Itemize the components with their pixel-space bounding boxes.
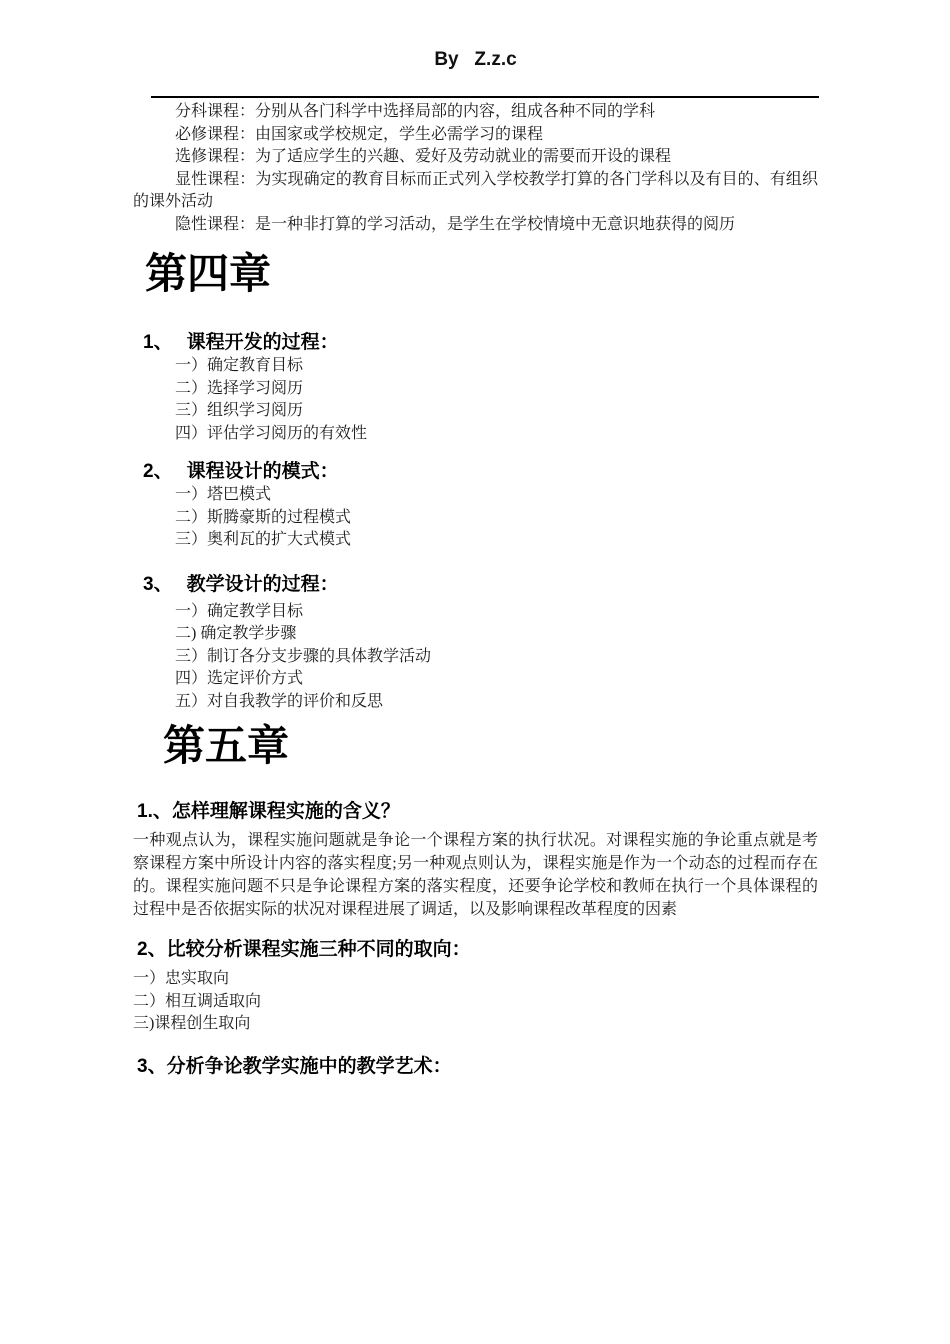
- section-heading: 3、教学设计的过程：: [143, 573, 818, 597]
- section-number: 3、: [143, 574, 173, 595]
- definition-paragraph: 显性课程：为实现确定的教育目标而正式列入学校教学打算的各门学科以及有目的、有组织…: [133, 169, 818, 214]
- list-item: 二) 确定教学步骤: [175, 623, 818, 646]
- question-list: 一）忠实取向 二）相互调适取向 三)课程创生取向: [133, 968, 818, 1036]
- list-item: 一）塔巴模式: [175, 484, 818, 507]
- section-list: 一）确定教育目标 二）选择学习阅历 三）组织学习阅历 四）评估学习阅历的有效性: [175, 355, 818, 445]
- list-item: 三)课程创生取向: [133, 1013, 818, 1036]
- section-heading: 2、课程设计的模式：: [143, 460, 818, 484]
- chapter-five-title: 第五章: [163, 725, 818, 767]
- chapter-four-title: 第四章: [145, 253, 818, 295]
- section-title: 课程开发的过程：: [187, 332, 339, 353]
- section-number: 2、: [143, 461, 173, 482]
- question-heading: 1.、怎样理解课程实施的含义？: [137, 800, 818, 824]
- list-item: 五）对自我教学的评价和反思: [175, 691, 818, 714]
- definition-paragraph: 分科课程：分别从各门科学中选择局部的内容，组成各种不同的学科: [133, 101, 818, 124]
- list-item: 一）忠实取向: [133, 968, 818, 991]
- definitions-block: 分科课程：分别从各门科学中选择局部的内容，组成各种不同的学科 必修课程：由国家或…: [133, 101, 818, 236]
- list-item: 二）相互调适取向: [133, 991, 818, 1014]
- section-heading: 1、课程开发的过程：: [143, 331, 818, 355]
- definition-paragraph: 隐性课程：是一种非打算的学习活动，是学生在学校情境中无意识地获得的阅历: [133, 214, 818, 237]
- list-item: 二）斯腾豪斯的过程模式: [175, 507, 818, 530]
- answer-paragraph: 一种观点认为，课程实施问题就是争论一个课程方案的执行状况。对课程实施的争论重点就…: [133, 829, 818, 921]
- document-page: By Z.z.c 分科课程：分别从各门科学中选择局部的内容，组成各种不同的学科 …: [133, 48, 818, 1079]
- list-item: 二）选择学习阅历: [175, 378, 818, 401]
- section-number: 1、: [143, 332, 173, 353]
- list-item: 一）确定教学目标: [175, 601, 818, 624]
- header-rule: [151, 96, 819, 98]
- list-item: 四）选定评价方式: [175, 668, 818, 691]
- list-item: 三）制订各分支步骤的具体教学活动: [175, 646, 818, 669]
- list-item: 三）奥利瓦的扩大式模式: [175, 529, 818, 552]
- definition-paragraph: 必修课程：由国家或学校规定，学生必需学习的课程: [133, 124, 818, 147]
- section-title: 课程设计的模式：: [187, 461, 339, 482]
- section-list: 一）塔巴模式 二）斯腾豪斯的过程模式 三）奥利瓦的扩大式模式: [175, 484, 818, 552]
- list-item: 一）确定教育目标: [175, 355, 818, 378]
- byline: By Z.z.c: [133, 48, 818, 72]
- section-title: 教学设计的过程：: [187, 574, 339, 595]
- list-item: 四）评估学习阅历的有效性: [175, 423, 818, 446]
- question-heading: 2、比较分析课程实施三种不同的取向：: [137, 938, 818, 962]
- section-list: 一）确定教学目标 二) 确定教学步骤 三）制订各分支步骤的具体教学活动 四）选定…: [175, 601, 818, 714]
- list-item: 三）组织学习阅历: [175, 400, 818, 423]
- question-heading: 3、分析争论教学实施中的教学艺术：: [137, 1055, 818, 1079]
- definition-paragraph: 选修课程：为了适应学生的兴趣、爱好及劳动就业的需要而开设的课程: [133, 146, 818, 169]
